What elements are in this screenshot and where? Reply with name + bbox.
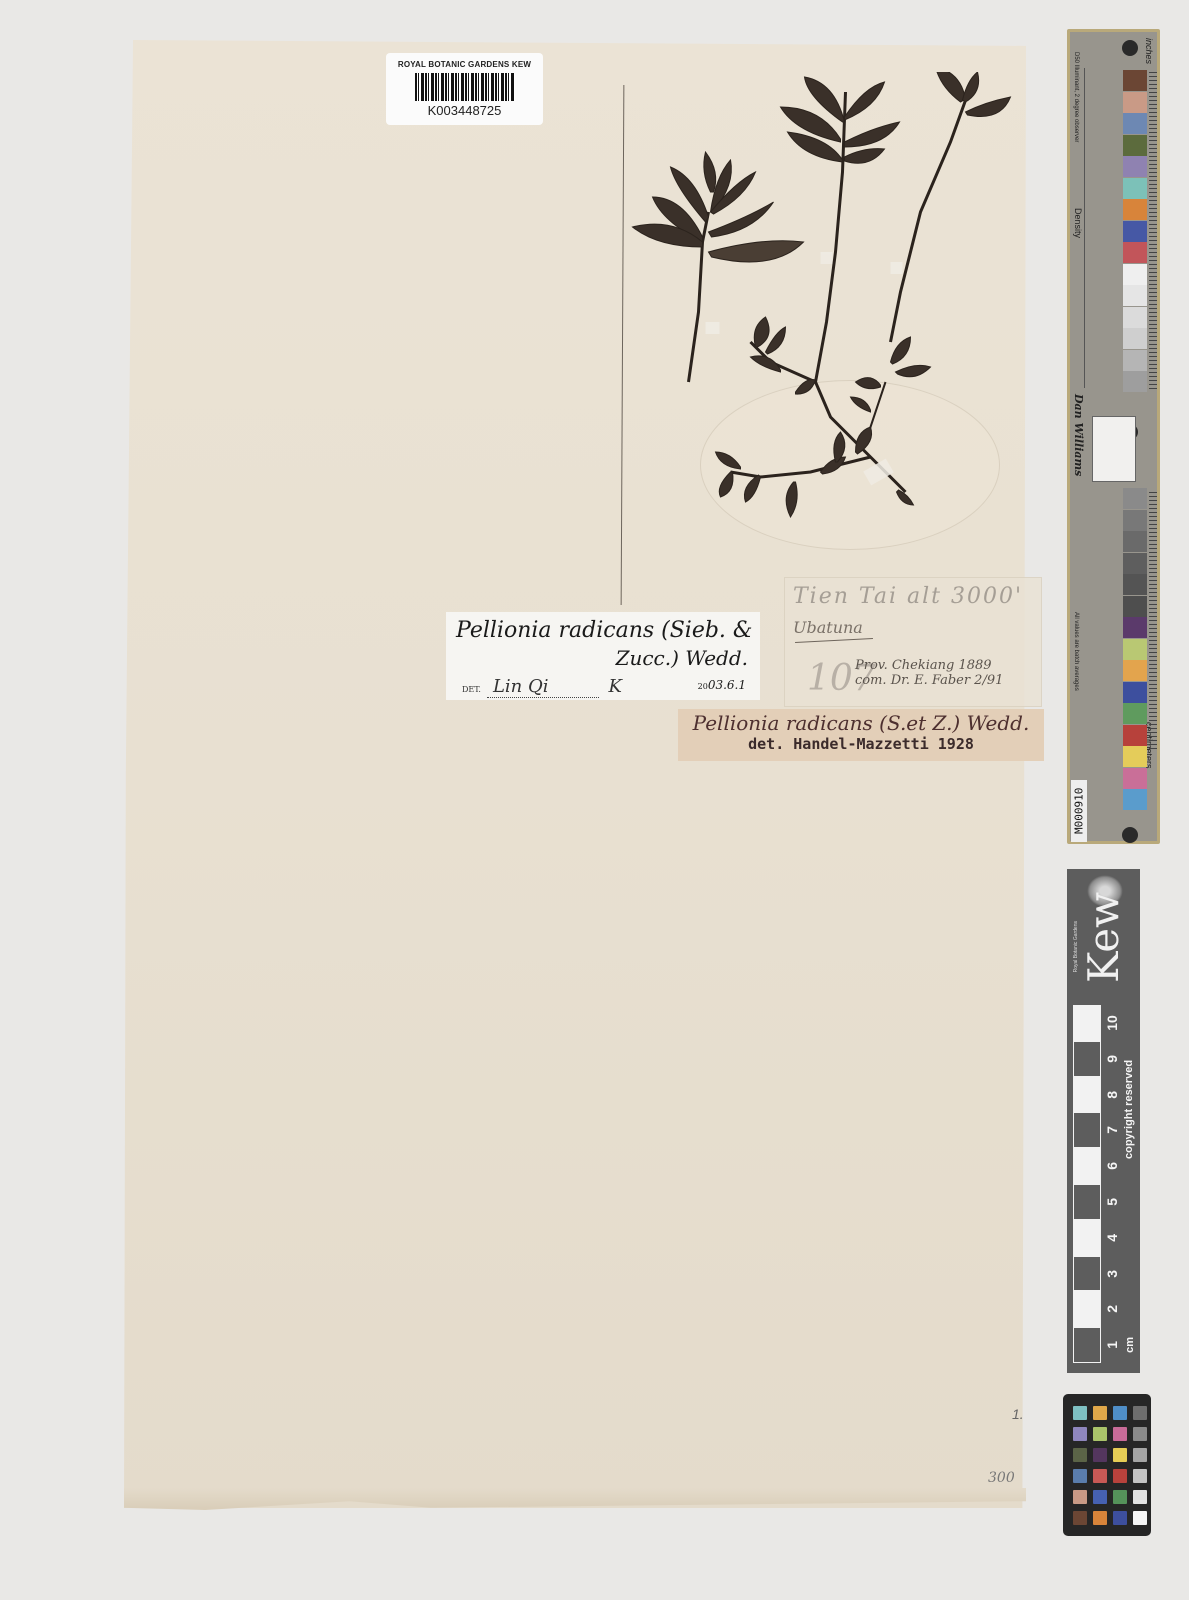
colour-checker-card xyxy=(1063,1394,1151,1536)
checker-patch xyxy=(1113,1511,1127,1525)
provenance-line1: Prov. Chekiang 1889 xyxy=(855,658,1003,673)
grey-target-inset xyxy=(1092,416,1136,482)
pressed-plant-specimen-icon xyxy=(628,72,1013,542)
determination-label: Pellionia radicans (Sieb. & Zucc.) Wedd.… xyxy=(446,612,760,700)
det-determiner-row: DET.Lin QiK xyxy=(462,676,622,697)
handel-mazzetti-label: Pellionia radicans (S.et Z.) Wedd. det. … xyxy=(678,709,1044,761)
cm-number: 5 xyxy=(1103,1184,1121,1220)
original-collection-label: Tien Tai alt 3000' Ubatuna 107 Prov. Che… xyxy=(784,577,1042,707)
checker-patch xyxy=(1073,1427,1087,1441)
checker-patch xyxy=(1073,1490,1087,1504)
checker-patch xyxy=(1113,1469,1127,1483)
colour-swatch xyxy=(1123,307,1147,328)
checker-patch xyxy=(1073,1469,1087,1483)
barcode-icon xyxy=(415,73,515,101)
inch-ruler xyxy=(1149,72,1157,392)
colour-swatch xyxy=(1123,135,1147,156)
colour-swatch xyxy=(1123,639,1147,660)
colour-swatch xyxy=(1123,328,1147,349)
colour-swatch xyxy=(1123,531,1147,552)
unit-label: cm xyxy=(1124,1337,1136,1353)
cm-number: 7 xyxy=(1103,1112,1121,1148)
colour-swatch xyxy=(1123,199,1147,220)
checker-patch xyxy=(1073,1511,1087,1525)
cm-number: 4 xyxy=(1103,1220,1121,1256)
pencil-mark: 1. xyxy=(1012,1406,1024,1422)
cm-number: 8 xyxy=(1103,1077,1121,1113)
cm-bar xyxy=(1073,1041,1101,1077)
cm-number: 3 xyxy=(1103,1256,1121,1292)
cm-number: 1 xyxy=(1103,1327,1121,1363)
colour-swatch xyxy=(1123,92,1147,113)
cm-bars xyxy=(1073,1005,1101,1363)
colour-swatch xyxy=(1123,178,1147,199)
det-prefix: DET. xyxy=(462,685,481,694)
checker-patch xyxy=(1093,1469,1107,1483)
colour-swatch xyxy=(1123,70,1147,91)
det-date: 2003.6.1 xyxy=(698,678,746,692)
checker-patch xyxy=(1113,1406,1127,1420)
det-taxon-name-line2: Zucc.) Wedd. xyxy=(616,646,748,670)
colour-swatch xyxy=(1123,285,1147,306)
checker-patch xyxy=(1093,1448,1107,1462)
provenance: Prov. Chekiang 1889 com. Dr. E. Faber 2/… xyxy=(855,658,1003,688)
hole-icon xyxy=(1122,827,1138,843)
cm-bar xyxy=(1073,1327,1101,1363)
checker-patch xyxy=(1093,1427,1107,1441)
colour-swatch xyxy=(1123,768,1147,789)
cm-bar xyxy=(1073,1148,1101,1184)
checker-patch xyxy=(1073,1406,1087,1420)
density-label: Density xyxy=(1073,208,1083,238)
det-taxon-name-line1: Pellionia radicans (Sieb. & xyxy=(456,618,753,643)
cm-bar xyxy=(1073,1112,1101,1148)
locality-pencil-note: Tien Tai alt 3000' xyxy=(793,584,1023,609)
det-date-value: 03.6.1 xyxy=(708,678,746,692)
checker-patch xyxy=(1133,1427,1147,1441)
barcode-label: ROYAL BOTANIC GARDENS KEW K003448725 xyxy=(386,53,543,125)
cm-bar xyxy=(1073,1077,1101,1113)
cm-number: 2 xyxy=(1103,1291,1121,1327)
colour-swatch xyxy=(1123,725,1147,746)
cm-number: 6 xyxy=(1103,1148,1121,1184)
colour-swatch xyxy=(1123,510,1147,531)
cm-bar xyxy=(1073,1291,1101,1327)
checker-patch xyxy=(1133,1490,1147,1504)
det-date-prefix: 20 xyxy=(698,682,708,691)
checker-patch xyxy=(1113,1490,1127,1504)
colour-swatch xyxy=(1123,264,1147,285)
checker-patch xyxy=(1093,1511,1107,1525)
cm-bar xyxy=(1073,1184,1101,1220)
det-herbarium-code: K xyxy=(609,676,622,697)
colour-swatch xyxy=(1123,596,1147,617)
underline xyxy=(795,638,873,643)
scale-inches-label: inches xyxy=(1144,38,1154,64)
kew-size-scale: Royal Botanic Gardens Kew 10987654321 co… xyxy=(1067,869,1140,1373)
cm-number: 10 xyxy=(1103,1005,1121,1041)
checker-patch xyxy=(1133,1511,1147,1525)
colour-calibration-scale: inches D50 Illuminant, 2 degree observer… xyxy=(1067,29,1160,844)
checker-patch xyxy=(1133,1448,1147,1462)
checker-patch xyxy=(1133,1406,1147,1420)
cm-ruler xyxy=(1149,492,1157,752)
det-determiner-name: Lin Qi xyxy=(487,676,599,698)
colour-swatch xyxy=(1123,371,1147,392)
colour-swatch xyxy=(1123,574,1147,595)
colour-swatch xyxy=(1123,242,1147,263)
illuminant-note: D50 Illuminant, 2 degree observer xyxy=(1073,52,1079,142)
colour-swatch xyxy=(1123,789,1147,810)
provenance-line2: com. Dr. E. Faber 2/91 xyxy=(855,673,1003,688)
colour-swatch xyxy=(1123,617,1147,638)
cm-numbers: 10987654321 xyxy=(1103,1005,1121,1363)
colour-swatch xyxy=(1123,746,1147,767)
cm-bar xyxy=(1073,1005,1101,1041)
colour-swatch xyxy=(1123,488,1147,509)
cm-bar xyxy=(1073,1220,1101,1256)
hm-determiner: det. Handel-Mazzetti 1928 xyxy=(678,735,1044,753)
checker-patch xyxy=(1113,1448,1127,1462)
colour-swatch xyxy=(1123,113,1147,134)
cm-bar xyxy=(1073,1256,1101,1292)
colour-swatch xyxy=(1123,221,1147,242)
scale-code: M000910 xyxy=(1071,780,1087,842)
colour-swatch xyxy=(1123,553,1147,574)
kew-logo: Kew xyxy=(1081,915,1127,983)
colour-swatch xyxy=(1123,660,1147,681)
checker-patch xyxy=(1133,1469,1147,1483)
collector-note: Ubatuna xyxy=(793,618,863,637)
institution-name: ROYAL BOTANIC GARDENS KEW xyxy=(398,60,531,69)
checker-patch xyxy=(1093,1406,1107,1420)
checker-patch xyxy=(1073,1448,1087,1462)
colour-swatch xyxy=(1123,156,1147,177)
averages-note: All values are batch averages xyxy=(1073,612,1079,691)
checker-patch xyxy=(1093,1490,1107,1504)
barcode-number: K003448725 xyxy=(428,103,502,118)
data-grid xyxy=(1084,68,1118,388)
hole-icon xyxy=(1122,40,1138,56)
copyright-note: copyright reserved xyxy=(1123,1009,1135,1159)
colour-swatch xyxy=(1123,682,1147,703)
checker-patch xyxy=(1113,1427,1127,1441)
brand-label: Dan Williams xyxy=(1072,394,1085,476)
cm-number: 9 xyxy=(1103,1041,1121,1077)
hm-taxon-name: Pellionia radicans (S.et Z.) Wedd. xyxy=(678,711,1044,735)
colour-swatch xyxy=(1123,350,1147,371)
pencil-sheet-number: 300 xyxy=(988,1470,1015,1486)
colour-swatch xyxy=(1123,703,1147,724)
